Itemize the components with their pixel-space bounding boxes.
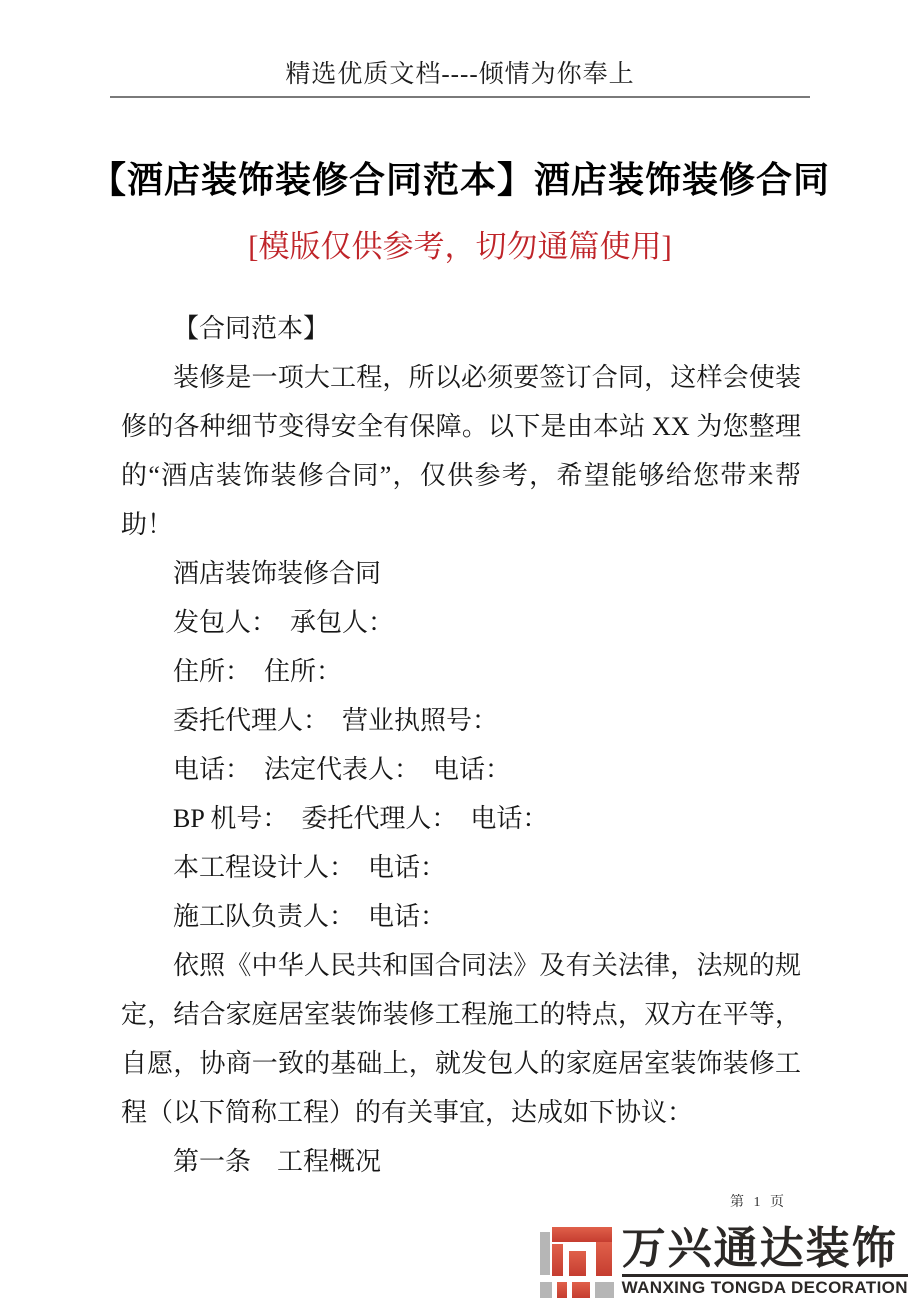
paragraph: BP 机号： 委托代理人： 电话：	[121, 794, 801, 843]
logo-red-left-bar	[552, 1244, 563, 1276]
document-title: 【酒店装饰装修合同范本】酒店装饰装修合同	[40, 152, 880, 203]
paragraph: 住所： 住所：	[121, 647, 801, 696]
logo-red-top-bar	[552, 1227, 612, 1242]
logo-underline	[622, 1274, 908, 1277]
logo-bottom-red-square-small	[557, 1282, 567, 1298]
paragraph: 依照《中华人民共和国合同法》及有关法律，法规的规定，结合家庭居室装饰装修工程施工…	[121, 941, 801, 1137]
logo-name-english: WANXING TONGDA DECORATION	[622, 1279, 908, 1298]
paragraph: 发包人： 承包人：	[121, 598, 801, 647]
document-body: 【合同范本】 装修是一项大工程，所以必须要签订合同，这样会使装修的各种细节变得安…	[121, 304, 801, 1186]
paragraph: 施工队负责人： 电话：	[121, 892, 801, 941]
paragraph: 第一条 工程概况	[121, 1137, 801, 1186]
document-subtitle: [模版仅供参考，切勿通篇使用]	[40, 221, 880, 266]
page-number: 第 1 页	[730, 1191, 787, 1211]
paragraph: 电话： 法定代表人： 电话：	[121, 745, 801, 794]
header-divider	[110, 96, 810, 98]
logo-bottom-red-square	[572, 1282, 590, 1298]
document-page: 精选优质文档----倾情为你奉上 【酒店装饰装修合同范本】酒店装饰装修合同 [模…	[0, 0, 920, 1302]
paragraph: 酒店装饰装修合同	[121, 549, 801, 598]
logo-bottom-gray-square-left	[540, 1282, 552, 1298]
paragraph: 委托代理人： 营业执照号：	[121, 696, 801, 745]
logo-name-chinese: 万兴通达装饰	[622, 1227, 908, 1272]
company-logo: 万兴通达装饰 WANXING TONGDA DECORATION	[540, 1227, 908, 1298]
logo-mark-icon	[540, 1227, 614, 1298]
paragraph: 【合同范本】	[121, 304, 801, 353]
logo-bottom-gray-square-right	[595, 1282, 614, 1298]
paragraph: 本工程设计人： 电话：	[121, 843, 801, 892]
logo-text-block: 万兴通达装饰 WANXING TONGDA DECORATION	[622, 1227, 908, 1298]
paragraph: 装修是一项大工程，所以必须要签订合同，这样会使装修的各种细节变得安全有保障。以下…	[121, 353, 801, 549]
logo-gray-bar	[540, 1232, 550, 1275]
logo-red-inner-square	[569, 1251, 586, 1276]
logo-red-right-bar	[596, 1242, 612, 1276]
header-promo-text: 精选优质文档----倾情为你奉上	[0, 54, 920, 90]
